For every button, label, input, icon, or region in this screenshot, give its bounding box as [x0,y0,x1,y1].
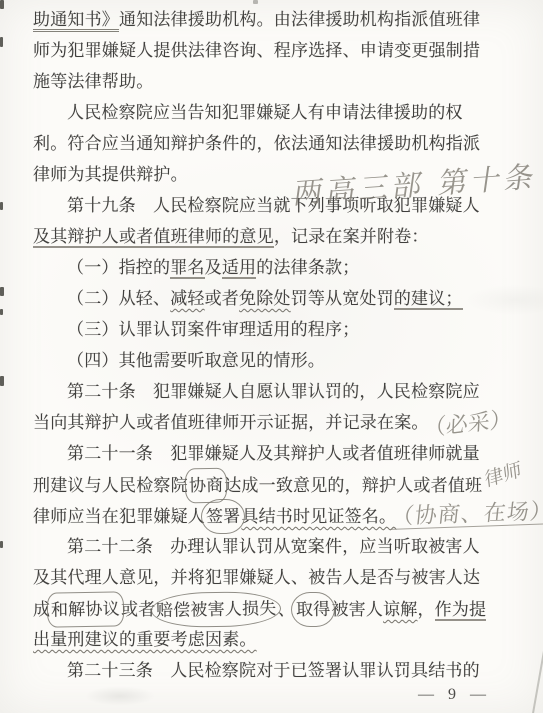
text-line: 利。符合应当通知辩护条件的，依法通知法律援助机构指派 [33,128,503,159]
scanned-document-page: 助通知书》通知法律援助机构。由法律援助机构指派值班律师为犯罪嫌疑人提供法律咨询、… [0,0,543,713]
text-segment: 利。符合应当通知辩护条件的，依法通知法律援助机构指派 [33,134,480,153]
text-segment: 或者 [205,289,239,308]
text-segment: 的法律条款； [256,258,359,277]
annotated-text: 助通知书》 [33,10,119,32]
scan-speck [0,541,3,548]
text-segment: 通知法律援助机构。由法律援助机构指派值班律 [119,10,480,29]
text-line: 及其代理人意见，并将犯罪嫌疑人、被告人是否与被害人达 [33,562,503,593]
annotated-text: 罪名 [170,258,204,277]
scan-speck [0,376,4,386]
text-line: （四）其他需要听取意见的情形。 [33,345,503,376]
text-segment: ， [417,600,434,619]
scan-speck [0,0,4,9]
text-segment: 律师应当在犯罪嫌疑人 [33,507,205,526]
annotated-text: 的建议； [394,289,463,308]
text-line: 助通知书》通知法律援助机构。由法律援助机构指派值班律 [33,4,503,35]
annotated-text: 协商 [185,468,228,504]
text-line: 施等法律帮助。 [33,66,503,97]
text-segment: 罚等从宽处罚 [291,289,394,308]
text-segment: （四）其他需要听取意见的情形。 [67,351,325,370]
page-edge-line [531,649,543,713]
annotated-text: 作为提 [435,600,487,619]
text-segment: （二）从轻、 [67,289,170,308]
text-line: 及其辩护人或者值班律师的意见，记录在案并附卷： [33,221,503,252]
annotated-text: 出量刑建议的重要考虑因素。 [33,630,257,649]
scan-speck [0,287,4,296]
text-line: （二）从轻、减轻或者免除处罚等从宽处罚的建议； [33,283,503,314]
annotated-text: 取得 [291,592,336,628]
handwritten-note-inline-2: （协商、在场） [390,494,543,531]
text-line: 人民检察院应当告知犯罪嫌疑人有申请法律援助的权 [33,97,503,128]
text-segment: 第二十三条 人民检察院对于已签署认罪认罚具结书的 [67,661,480,680]
text-segment: 第二十二条 办理认罪认罚从宽案件，应当听取被害人 [67,537,480,556]
scan-speck [0,309,3,315]
text-line: 第二十三条 人民检察院对于已签署认罪认罚具结书的 [33,655,503,686]
text-segment: 人民检察院应当告知犯罪嫌疑人有申请法律援助的权 [67,103,463,122]
text-segment: 被害人 [331,600,383,619]
text-segment: 律师为其提供辩护。 [33,165,188,184]
text-segment: 当向其辩护人或者值班律师开示证据，并记录在案。 [33,413,429,432]
text-line: 成和解协议或者赔偿被害人损失、取得被害人谅解，作为提 [33,593,503,624]
annotated-text: 谅解 [383,600,417,619]
scan-speck [0,202,3,210]
text-segment: （一）指控的 [67,258,170,277]
text-segment: 师为犯罪嫌疑人提供法律咨询、程序选择、申请变更强制措 [33,41,480,60]
text-line: （三）认罪认罚案件审理适用的程序； [33,314,503,345]
text-segment: 施等法律帮助。 [33,72,153,91]
text-line: 师为犯罪嫌疑人提供法律咨询、程序选择、申请变更强制措 [33,35,503,66]
annotated-text: 和解协议 [47,591,124,627]
annotated-text: 赔偿被害人损失 [151,591,282,628]
scan-speck [0,37,3,47]
text-line: 第二十二条 办理认罪认罚从宽案件，应当听取被害人 [33,531,503,562]
text-segment: ，记录在案并附卷： [274,227,429,246]
text-segment: 及 [205,258,222,277]
text-line: 第二十一条 犯罪嫌疑人及其辩护人或者值班律师就量 [33,438,503,469]
text-segment: （三）认罪认罚案件审理适用的程序； [67,320,359,339]
text-segment: 第二十条 犯罪嫌疑人自愿认罪认罚的，人民检察院应 [67,382,480,401]
page-number: — 9 — [418,686,491,704]
text-segment: 刑建议与人民检察院 [33,476,188,495]
annotated-text: 免除处 [239,289,291,308]
annotated-text: 适用 [222,258,256,277]
annotated-text: 具结书时见证签名。 [241,507,396,526]
annotated-text: 减轻 [170,289,204,308]
text-segment: 达成一致意见的，辩护人或者值班 [224,476,482,495]
text-line: （一）指控的罪名及适用的法律条款； [33,252,503,283]
text-segment: 第二十一条 犯罪嫌疑人及其辩护人或者值班律师就量 [67,444,480,463]
annotated-text: 签署 [201,499,246,535]
text-line: 出量刑建议的重要考虑因素。 [33,624,503,655]
text-segment: 及其代理人意见，并将犯罪嫌疑人、被告人是否与被害人达 [33,568,480,587]
text-line: 刑建议与人民检察院协商达成一致意见的，辩护人或者值班 [33,469,503,500]
text-line: 第二十条 犯罪嫌疑人自愿认罪认罚的，人民检察院应 [33,376,503,407]
annotated-text: 及其辩护人或者值班律师的意见 [33,227,274,246]
document-body: 助通知书》通知法律援助机构。由法律援助机构指派值班律师为犯罪嫌疑人提供法律咨询、… [33,4,503,686]
